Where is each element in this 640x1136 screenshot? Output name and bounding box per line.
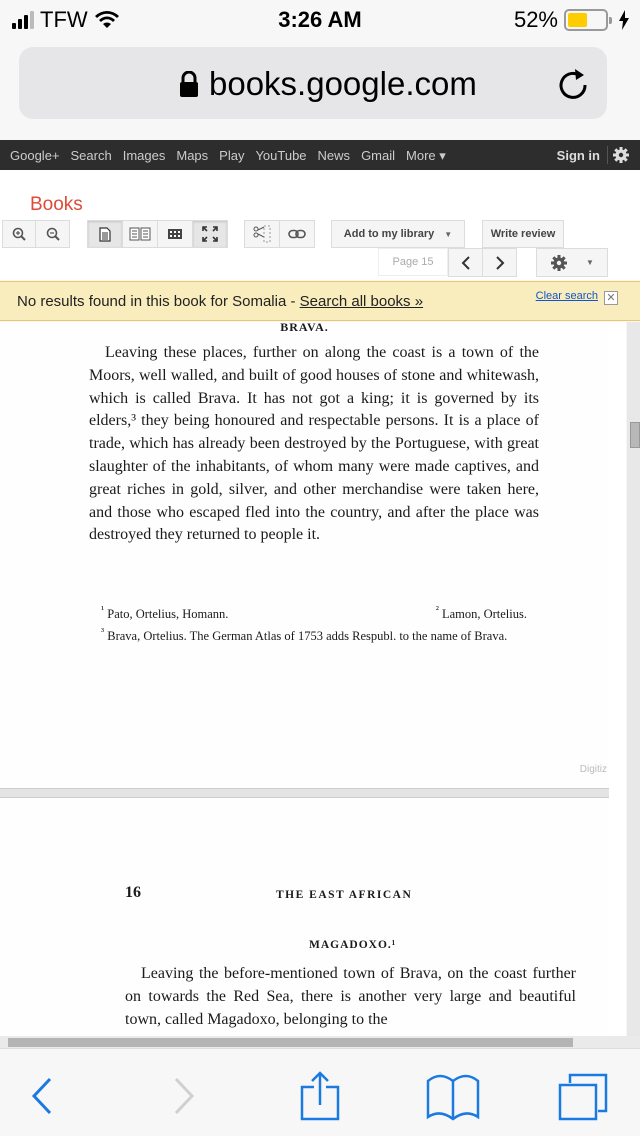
nav-gmail[interactable]: Gmail — [361, 148, 395, 164]
link-icon — [288, 229, 306, 239]
running-head: THE EAST AFRICAN — [276, 889, 412, 901]
share-icon[interactable] — [296, 1071, 346, 1121]
page-15: BRAVA. Leaving these places, further on … — [0, 322, 609, 788]
reload-icon[interactable] — [557, 67, 591, 101]
expand-icon — [202, 226, 218, 242]
two-page-icon — [129, 227, 151, 241]
grid-icon — [168, 229, 182, 239]
section-title: MAGADOXO.¹ — [309, 939, 396, 951]
page-number: 16 — [125, 884, 141, 902]
link-button[interactable] — [279, 220, 315, 248]
running-head: BRAVA. — [0, 322, 609, 335]
horizontal-scrollbar[interactable] — [0, 1036, 640, 1048]
footnote-2: ² Lamon, Ortelius. — [436, 602, 527, 624]
nav-more[interactable]: More ▾ — [406, 148, 446, 164]
page-paragraph: Leaving these places, further on along t… — [89, 342, 539, 547]
book-viewer[interactable]: BRAVA. Leaving these places, further on … — [0, 322, 626, 1036]
scrollbar-thumb[interactable] — [8, 1038, 573, 1047]
page-number-indicator: Page 15 — [378, 248, 448, 276]
browser-toolbar — [0, 1048, 640, 1136]
lock-icon — [179, 71, 199, 97]
zoom-in-button[interactable] — [2, 220, 36, 248]
footnotes: ¹ Pato, Ortelius, Homann. ² Lamon, Ortel… — [89, 602, 541, 645]
nav-news[interactable]: News — [318, 148, 351, 164]
two-page-view-button[interactable] — [122, 220, 158, 248]
url-text[interactable]: books.google.com — [209, 65, 477, 103]
battery-icon — [564, 9, 608, 31]
write-review-button[interactable]: Write review — [482, 220, 564, 248]
zoom-out-button[interactable] — [35, 220, 70, 248]
screen: TFW 3:26 AM 52% books.google.com — [0, 0, 640, 1136]
single-page-view-button[interactable] — [87, 220, 123, 248]
charging-bolt-icon — [618, 10, 630, 30]
gear-icon[interactable] — [612, 146, 630, 164]
zoom-in-icon — [12, 227, 26, 241]
next-page-button[interactable] — [482, 248, 517, 277]
write-review-label: Write review — [491, 228, 556, 240]
scissors-icon — [253, 225, 271, 243]
divider — [607, 146, 608, 164]
address-bar[interactable]: books.google.com — [19, 47, 607, 119]
battery-percent: 52% — [514, 7, 558, 33]
chevron-left-icon — [461, 256, 471, 270]
no-results-message: No results found in this book for Somali… — [17, 293, 286, 310]
page-16: 16 THE EAST AFRICAN MAGADOXO.¹ Leaving t… — [0, 799, 609, 1036]
nav-google-plus[interactable]: Google+ — [10, 148, 60, 164]
page-separator — [0, 788, 609, 798]
nav-images[interactable]: Images — [123, 148, 166, 164]
settings-menu-button[interactable]: ▼ — [536, 248, 608, 277]
sign-in-link[interactable]: Sign in — [557, 148, 600, 163]
search-result-notice: No results found in this book for Somali… — [0, 281, 640, 321]
back-icon[interactable] — [20, 1071, 70, 1121]
nav-maps[interactable]: Maps — [176, 148, 208, 164]
nav-youtube[interactable]: YouTube — [255, 148, 306, 164]
thumbnail-view-button[interactable] — [157, 220, 193, 248]
previous-page-button[interactable] — [448, 248, 483, 277]
digitized-watermark: Digitiz — [580, 764, 607, 775]
books-logo[interactable]: Books — [30, 194, 83, 216]
google-navbar: Google+ Search Images Maps Play YouTube … — [0, 140, 640, 170]
scrollbar-thumb[interactable] — [630, 422, 640, 448]
forward-icon[interactable] — [160, 1071, 210, 1121]
dropdown-caret-icon: ▼ — [586, 258, 594, 267]
vertical-scrollbar[interactable] — [627, 322, 640, 1036]
search-all-books-link[interactable]: Search all books » — [300, 293, 423, 310]
add-to-library-button[interactable]: Add to my library ▼ — [331, 220, 465, 248]
tabs-icon[interactable] — [558, 1071, 608, 1121]
footnote-3: ³ Brava, Ortelius. The German Atlas of 1… — [89, 624, 541, 646]
nav-play[interactable]: Play — [219, 148, 244, 164]
gear-icon — [550, 254, 568, 272]
bookmarks-icon[interactable] — [426, 1071, 480, 1121]
chevron-right-icon — [495, 256, 505, 270]
single-page-icon — [99, 227, 111, 242]
close-icon[interactable]: ✕ — [604, 291, 618, 305]
footnote-1: ¹ Pato, Ortelius, Homann. — [101, 602, 228, 624]
fullscreen-button[interactable] — [192, 220, 228, 248]
clip-button[interactable] — [244, 220, 280, 248]
books-toolbar: Books Add to my library ▼ W — [0, 170, 640, 280]
nav-search[interactable]: Search — [71, 148, 112, 164]
zoom-out-icon — [46, 227, 60, 241]
dropdown-caret-icon: ▼ — [444, 230, 452, 239]
add-to-library-label: Add to my library — [344, 228, 434, 240]
page-paragraph: Leaving the before-mentioned town of Bra… — [125, 963, 576, 1031]
clear-search-link[interactable]: Clear search — [536, 290, 598, 302]
status-bar: TFW 3:26 AM 52% — [0, 0, 640, 40]
